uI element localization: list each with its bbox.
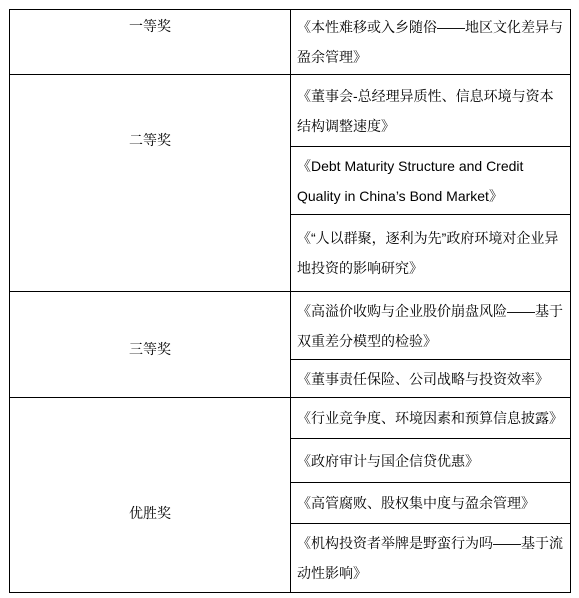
paper-title-cell: 《机构投资者举牌是野蛮行为吗——基于流动性影响》 [291,524,571,593]
paper-title-cell: 《Debt Maturity Structure and Credit Qual… [291,147,571,215]
award-cell-third-prize: 三等奖 [10,292,291,398]
paper-title-cell: 《“人以群聚，逐利为先”政府环境对企业异地投资的影响研究》 [291,215,571,292]
paper-title-cell: 《董事责任保险、公司战略与投资效率》 [291,360,571,398]
table-row: 二等奖 《董事会-总经理异质性、信息环境与资本结构调整速度》 [10,75,571,147]
award-cell-first-prize: 一等奖 [10,10,291,75]
award-cell-second-prize: 二等奖 [10,75,291,292]
paper-title-cell: 《本性难移或入乡随俗——地区文化差异与盈余管理》 [291,10,571,75]
paper-title-cell: 《高溢价收购与企业股价崩盘风险——基于双重差分模型的检验》 [291,292,571,360]
table-row: 优胜奖 《行业竞争度、环境因素和预算信息披露》 [10,398,571,439]
paper-title-cell: 《高管腐败、股权集中度与盈余管理》 [291,483,571,524]
award-winners-table: 一等奖 《本性难移或入乡随俗——地区文化差异与盈余管理》 二等奖 《董事会-总经… [9,9,571,593]
paper-title-cell: 《行业竞争度、环境因素和预算信息披露》 [291,398,571,439]
table-row: 三等奖 《高溢价收购与企业股价崩盘风险——基于双重差分模型的检验》 [10,292,571,360]
table-row: 一等奖 《本性难移或入乡随俗——地区文化差异与盈余管理》 [10,10,571,75]
paper-title-cell: 《董事会-总经理异质性、信息环境与资本结构调整速度》 [291,75,571,147]
paper-title-cell: 《政府审计与国企信贷优惠》 [291,439,571,483]
award-cell-winner-prize: 优胜奖 [10,398,291,593]
